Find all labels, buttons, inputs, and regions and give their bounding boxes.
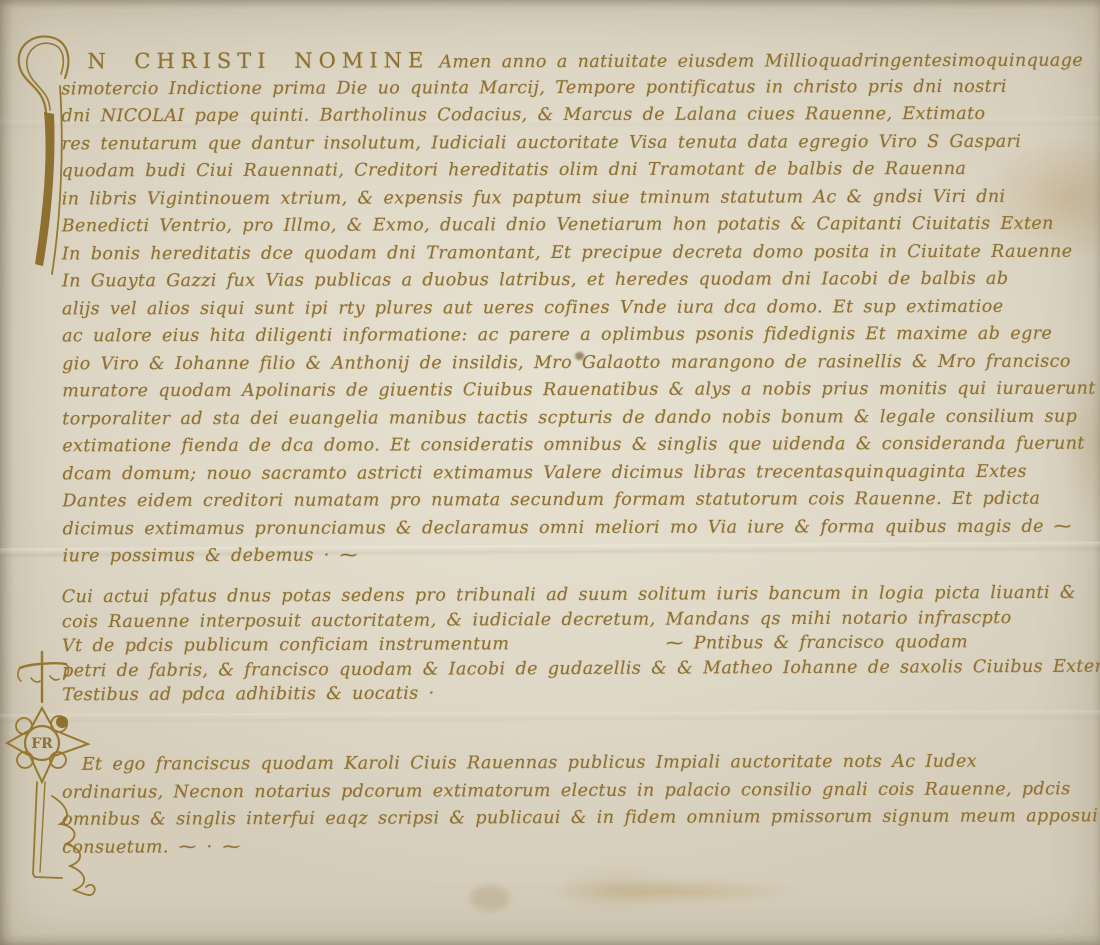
manuscript-line: Testibus ad pdca adhibitis & uocatis · (62, 679, 1086, 708)
manuscript-line: muratore quodam Apolinaris de giuentis C… (62, 376, 1086, 406)
manuscript-line: petri de fabris, & francisco quodam & Ia… (62, 654, 1086, 683)
manuscript-line: extimatione fienda de dca domo. Et consi… (62, 431, 1086, 461)
manuscript-line: Vt de pdcis publicum conficiam instrumen… (62, 630, 1086, 659)
manuscript-opening-line: N CHRISTI NOMINE Amen anno a natiuitate … (61, 46, 1085, 76)
manuscript-line: dcam domum; nouo sacramto astricti extim… (62, 458, 1086, 488)
line-left-text: Vt de pdcis publicum conficiam instrumen… (62, 632, 509, 658)
manuscript-line: quodam budi Ciui Rauennati, Creditori he… (62, 156, 1086, 186)
manuscript-line: torporaliter ad sta dei euangelia manibu… (62, 403, 1086, 433)
manuscript-line: gio Viro & Iohanne filio & Anthonij de i… (62, 348, 1086, 378)
manuscript-line: res tenutarum que dantur insolutum, Iudi… (62, 128, 1086, 158)
manuscript-line: Et ego franciscus quodam Karoli Ciuis Ra… (62, 748, 1074, 779)
page-edge-shadow (0, 0, 14, 945)
parchment-page: FR N CHRISTI NOMINE Amen anno a natiuita… (0, 0, 1100, 945)
page-edge-shadow (0, 933, 1100, 945)
opening-rest: Amen anno a natiuitate eiusdem Millioqua… (439, 51, 1083, 73)
manuscript-line: ac ualore eius hita diligenti informatio… (62, 321, 1086, 351)
manuscript-line: In Guayta Gazzi fux Vias publicas a duob… (62, 266, 1086, 296)
manuscript-line: In bonis hereditatis dce quodam dni Tram… (62, 238, 1086, 268)
manuscript-line: dni NICOLAI pape quinti. Bartholinus Cod… (61, 101, 1085, 131)
manuscript-line: omnibus & singlis interfui eaqz scripsi … (62, 803, 1074, 834)
manuscript-line: iure possimus & debemus · ⁓ (63, 541, 1087, 571)
notary-monogram: FR (31, 736, 53, 752)
fold-crease (0, 710, 1100, 724)
line-right-text: ⁓ Pntibus & francisco quodam (666, 630, 968, 656)
ink-showthrough-stain (540, 878, 800, 904)
paragraph-notary-subscription: Et ego franciscus quodam Karoli Ciuis Ra… (62, 748, 1074, 862)
manuscript-line: consuetum. ⁓ · ⁓ (62, 831, 1074, 862)
manuscript-line: ordinarius, Necnon notarius pdcorum exti… (62, 776, 1074, 807)
manuscript-line: alijs vel alios siqui sunt ipi rty plure… (62, 293, 1086, 323)
ink-smudge (470, 885, 510, 911)
paragraph-confirmation-clause: Cui actui pfatus dnus potas sedens pro t… (62, 581, 1087, 708)
invocation-caps: N CHRISTI NOMINE (87, 48, 429, 73)
manuscript-line: Cui actui pfatus dnus potas sedens pro t… (62, 581, 1086, 610)
manuscript-line: dicimus extimamus pronunciamus & declara… (63, 513, 1087, 543)
manuscript-line: Benedicti Ventrio, pro Illmo, & Exmo, du… (62, 211, 1086, 241)
manuscript-line: simotercio Indictione prima Die uo quint… (61, 73, 1085, 103)
manuscript-line: Dantes eidem creditori numatam pro numat… (62, 486, 1086, 516)
manuscript-line: in libris Vigintinouem xtrium, & expensi… (62, 183, 1086, 213)
page-edge-shadow (0, 0, 1100, 10)
paragraph-main-act: N CHRISTI NOMINE Amen anno a natiuitate … (61, 46, 1086, 571)
